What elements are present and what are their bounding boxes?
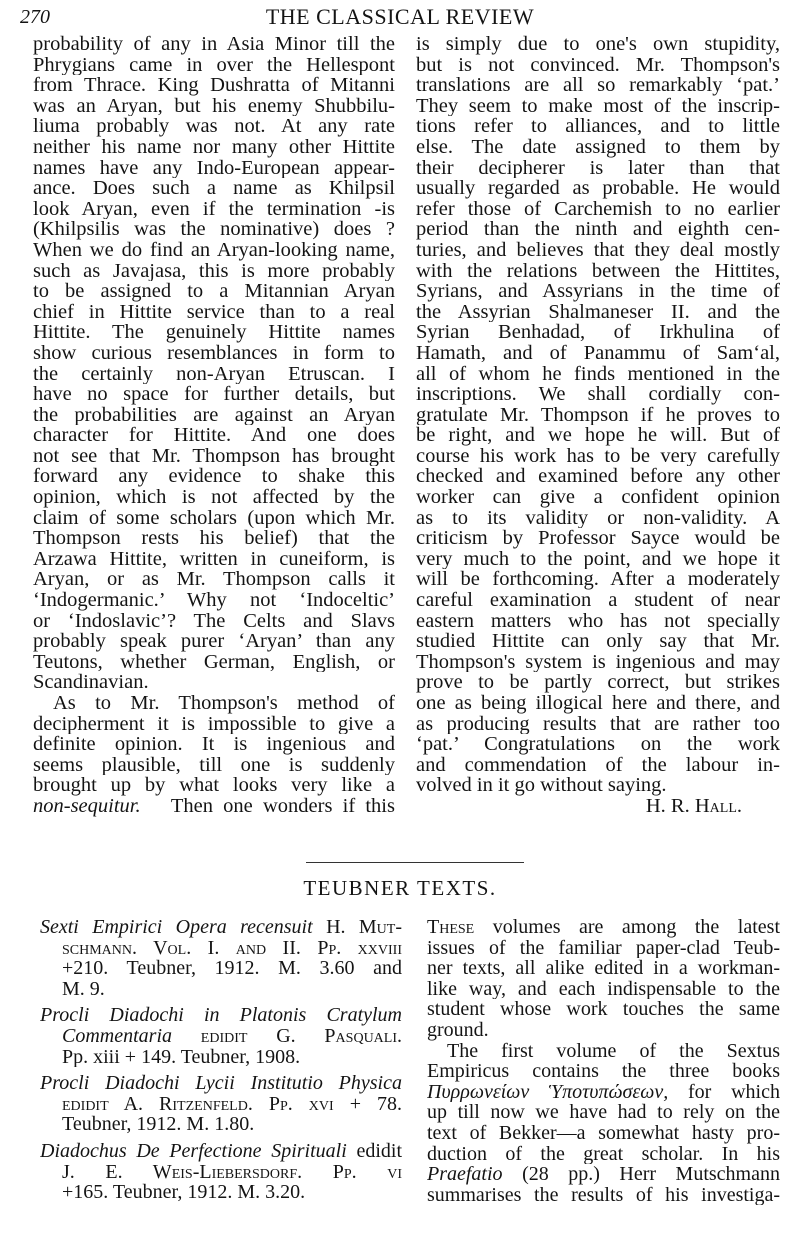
text-line: Teutons, whether German, English, or — [33, 652, 395, 673]
text-line: look Aryan, even if the termination -is — [33, 199, 395, 220]
text-line: eastern matters who has not specially — [416, 611, 780, 632]
text-fragment: for which — [688, 1082, 780, 1103]
text-line: neither his name nor many other Hittite — [33, 137, 395, 158]
text-line: When we do find an Aryan-looking name, — [33, 240, 395, 261]
text-line: Aryan, or as Mr. Thompson calls it — [33, 569, 395, 590]
bibliography-entry: Diadochus De Perfectione Spirituali edid… — [40, 1141, 402, 1203]
text-line: names have any Indo-European appear- — [33, 158, 395, 179]
text-line: with the relations between the Hittites, — [416, 261, 780, 282]
text-line: issues of the familiar paper-clad Teub- — [427, 938, 780, 959]
text-line: student whose work touches the same — [427, 999, 780, 1020]
text-line: summarises the results of his investiga- — [427, 1185, 780, 1206]
text-line: up till now we have had to rely on the — [427, 1102, 780, 1123]
text-line: Phrygians came in over the Hellespont — [33, 55, 395, 76]
text-line: but is not convinced. Mr. Thompson's — [416, 55, 780, 76]
text-line: criticism by Professor Sayce would be — [416, 528, 780, 549]
book-title: Procli Diadochi in Platonis Cratylum — [40, 1005, 402, 1026]
text-line: their decipherer is later than that — [416, 158, 780, 179]
entry-heading-line: Diadochus De Perfectione Spirituali edid… — [40, 1141, 402, 1162]
text-line: character for Hittite. And one does — [33, 425, 395, 446]
text-line: volved in it go without saying. — [416, 775, 780, 796]
text-line: to be assigned to a Mitannian Aryan — [33, 281, 395, 302]
text-line: Scandinavian. — [33, 672, 395, 693]
text-fragment: (28 pp.) Herr Mutschmann — [522, 1164, 780, 1185]
text-line: the Assyrian Shalmaneser II. and the — [416, 302, 780, 323]
text-line: refer those of Carchemish to no earlier — [416, 199, 780, 220]
section-divider — [306, 862, 524, 863]
text-line: Thompson rests his belief) that the — [33, 528, 395, 549]
book-title-cont: Commentaria — [62, 1026, 172, 1047]
italic-term: non-sequitur. — [33, 796, 141, 817]
book-title: Diadochus De Perfectione Spirituali — [40, 1141, 347, 1162]
text-line: from Thrace. King Dushratta of Mitanni — [33, 75, 395, 96]
text-line: have no space for further details, but — [33, 384, 395, 405]
bibliography-list: Sexti Empirici Opera recensuit H. Mut- s… — [40, 917, 402, 1209]
text-line: inscriptions. We shall cordially con- — [416, 384, 780, 405]
italic-term: Praefatio — [427, 1164, 503, 1185]
text-line: or ‘Indoslavic’? The Celts and Slavs — [33, 611, 395, 632]
text-line: careful examination a student of near — [416, 590, 780, 611]
text-line: Syrians, and Assyrians in the time of — [416, 281, 780, 302]
text-line: such as Javajasa, this is more probably — [33, 261, 395, 282]
text-line: claim of some scholars (upon which Mr. — [33, 508, 395, 529]
bibliography-entry: Sexti Empirici Opera recensuit H. Mut- s… — [40, 917, 402, 999]
text-line: chief in Hittite service than to a real — [33, 302, 395, 323]
author-signature: H. R. Hall. — [416, 796, 780, 817]
text-line: definite opinion. It is ingenious and — [33, 734, 395, 755]
book-title: Procli Diadochi Lycii Institutio Physica — [40, 1073, 402, 1094]
text-line: ground. — [427, 1020, 780, 1041]
text-line: worker can give a confident opinion — [416, 487, 780, 508]
text-line: the certainly non-Aryan Etruscan. I — [33, 364, 395, 385]
entry-line: Teubner, 1912. M. 1.80. — [40, 1114, 402, 1135]
text-line: probably speak purer ‘Aryan’ than any — [33, 631, 395, 652]
text-line: not see that Mr. Thompson has brought — [33, 446, 395, 467]
text-line: usually regarded as probable. He would — [416, 178, 780, 199]
editor-name: H. Mut- — [326, 917, 402, 938]
text-line: probability of any in Asia Minor till th… — [33, 34, 395, 55]
text-line-mixed: non-sequitur. Then one wonders if this — [33, 796, 395, 817]
bibliography-entry: Procli Diadochi in Platonis Cratylum Com… — [40, 1005, 402, 1067]
text-line: Syrian Benhadad, of Irkhulina of — [416, 322, 780, 343]
entry-line: J. E. Weis-Liebersdorf. Pp. vi — [40, 1162, 402, 1183]
text-line: all of whom he finds mentioned in the — [416, 364, 780, 385]
text-line: gratulate Mr. Thompson if he proves to — [416, 405, 780, 426]
text-line: like way, and each indispensable to the — [427, 979, 780, 1000]
text-line: course his work has to be very carefully — [416, 446, 780, 467]
editor-name: edidit G. Pasquali. — [201, 1026, 402, 1047]
text-line: the probabilities are against an Aryan — [33, 405, 395, 426]
text-line: (Khilpsilis was the nominative) does ? — [33, 219, 395, 240]
bibliography-entry: Procli Diadochi Lycii Institutio Physica… — [40, 1073, 402, 1135]
text-line: Praefatio (28 pp.) Herr Mutschmann — [427, 1164, 780, 1185]
text-line: duction of the great scholar. In his — [427, 1144, 780, 1165]
text-line: brought up by what looks very like a — [33, 775, 395, 796]
text-line: as to its validity or non-validity. A — [416, 508, 780, 529]
text-line: liuma probably was not. At any rate — [33, 116, 395, 137]
entry-line: +210. Teubner, 1912. M. 3.60 and — [40, 958, 402, 979]
text-line: text of Bekker—a somewhat hasty pro- — [427, 1123, 780, 1144]
text-line: and commendation of the labour in- — [416, 755, 780, 776]
text-fragment: volumes are among the latest — [493, 917, 780, 938]
text-line: is simply due to one's own stupidity, — [416, 34, 780, 55]
text-line: studied Hittite can only say that Mr. — [416, 631, 780, 652]
lead-word: These — [427, 917, 474, 938]
entry-line: schmann. Vol. I. and II. Pp. xxviii — [40, 938, 402, 959]
entry-heading-line: Sexti Empirici Opera recensuit H. Mut- — [40, 917, 402, 938]
text-line: opinion, which is not affected by the — [33, 487, 395, 508]
text-line: ance. Does such a name as Khilpsil — [33, 178, 395, 199]
section-title: TEUBNER TEXTS. — [0, 876, 800, 901]
entry-fragment: edidit — [356, 1141, 402, 1162]
text-line: ner texts, all alike edited in a workman… — [427, 958, 780, 979]
text-line: They seem to make most of the inscrip- — [416, 96, 780, 117]
greek-title: Πυρρωνείων Ὑποτυπώσεων, — [427, 1082, 668, 1103]
text-line: seems plausible, till one is suddenly — [33, 755, 395, 776]
entry-line: Commentaria edidit G. Pasquali. — [40, 1026, 402, 1047]
text-line: else. The date assigned to them by — [416, 137, 780, 158]
text-line: prove to be partly correct, but strikes — [416, 672, 780, 693]
text-line: show curious resemblances in form to — [33, 343, 395, 364]
text-line: checked and examined before any other — [416, 466, 780, 487]
text-line: ‘Indogermanic.’ Why not ‘Indoceltic’ — [33, 590, 395, 611]
entry-line: edidit A. Ritzenfeld. Pp. xvi + 78. — [40, 1094, 402, 1115]
entry-line: M. 9. — [40, 979, 402, 1000]
text-line: one as being illogical here and there, a… — [416, 693, 780, 714]
text-line: As to Mr. Thompson's method of — [33, 693, 395, 714]
right-column-review: is simply due to one's own stupidity, bu… — [416, 34, 780, 817]
running-head: 270 THE CLASSICAL REVIEW — [0, 4, 800, 34]
text-line: as producing results that are rather too — [416, 714, 780, 735]
text-fragment: Then one wonders if this — [171, 796, 395, 817]
left-column-review: probability of any in Asia Minor till th… — [33, 34, 395, 817]
entry-line: +165. Teubner, 1912. M. 3.20. — [40, 1182, 402, 1203]
journal-title: THE CLASSICAL REVIEW — [0, 4, 800, 30]
text-line: Hamath, and of Panammu of Sam‘al, — [416, 343, 780, 364]
text-line: Thompson's system is ingenious and may — [416, 652, 780, 673]
entry-line: Pp. xiii + 149. Teubner, 1908. — [40, 1047, 402, 1068]
review-body: These volumes are among the latest issue… — [427, 917, 780, 1205]
text-line: was an Aryan, but his enemy Shubbilu- — [33, 96, 395, 117]
text-line: forward any evidence to shake this — [33, 466, 395, 487]
text-line: These volumes are among the latest — [427, 917, 780, 938]
text-line: Arzawa Hittite, written in cuneiform, is — [33, 549, 395, 570]
book-title: Sexti Empirici Opera recensuit — [40, 917, 313, 938]
text-line: be right, and we hope he will. But of — [416, 425, 780, 446]
text-line: tions refer to alliances, and to little — [416, 116, 780, 137]
text-line: translations are all so remarkably ‘pat.… — [416, 75, 780, 96]
text-line: decipherment it is impossible to give a — [33, 714, 395, 735]
text-line: period than the ninth and eighth cen- — [416, 219, 780, 240]
text-line: ‘pat.’ Congratulations on the work — [416, 734, 780, 755]
text-line: very much to the point, and we hope it — [416, 549, 780, 570]
text-line: Hittite. The genuinely Hittite names — [33, 322, 395, 343]
text-line: Empiricus contains the three books — [427, 1061, 780, 1082]
text-line: Πυρρωνείων Ὑποτυπώσεων, for which — [427, 1082, 780, 1103]
text-line: turies, and believes that they deal most… — [416, 240, 780, 261]
text-line: The first volume of the Sextus — [427, 1041, 780, 1062]
text-line: will be forthcoming. After a moderately — [416, 569, 780, 590]
